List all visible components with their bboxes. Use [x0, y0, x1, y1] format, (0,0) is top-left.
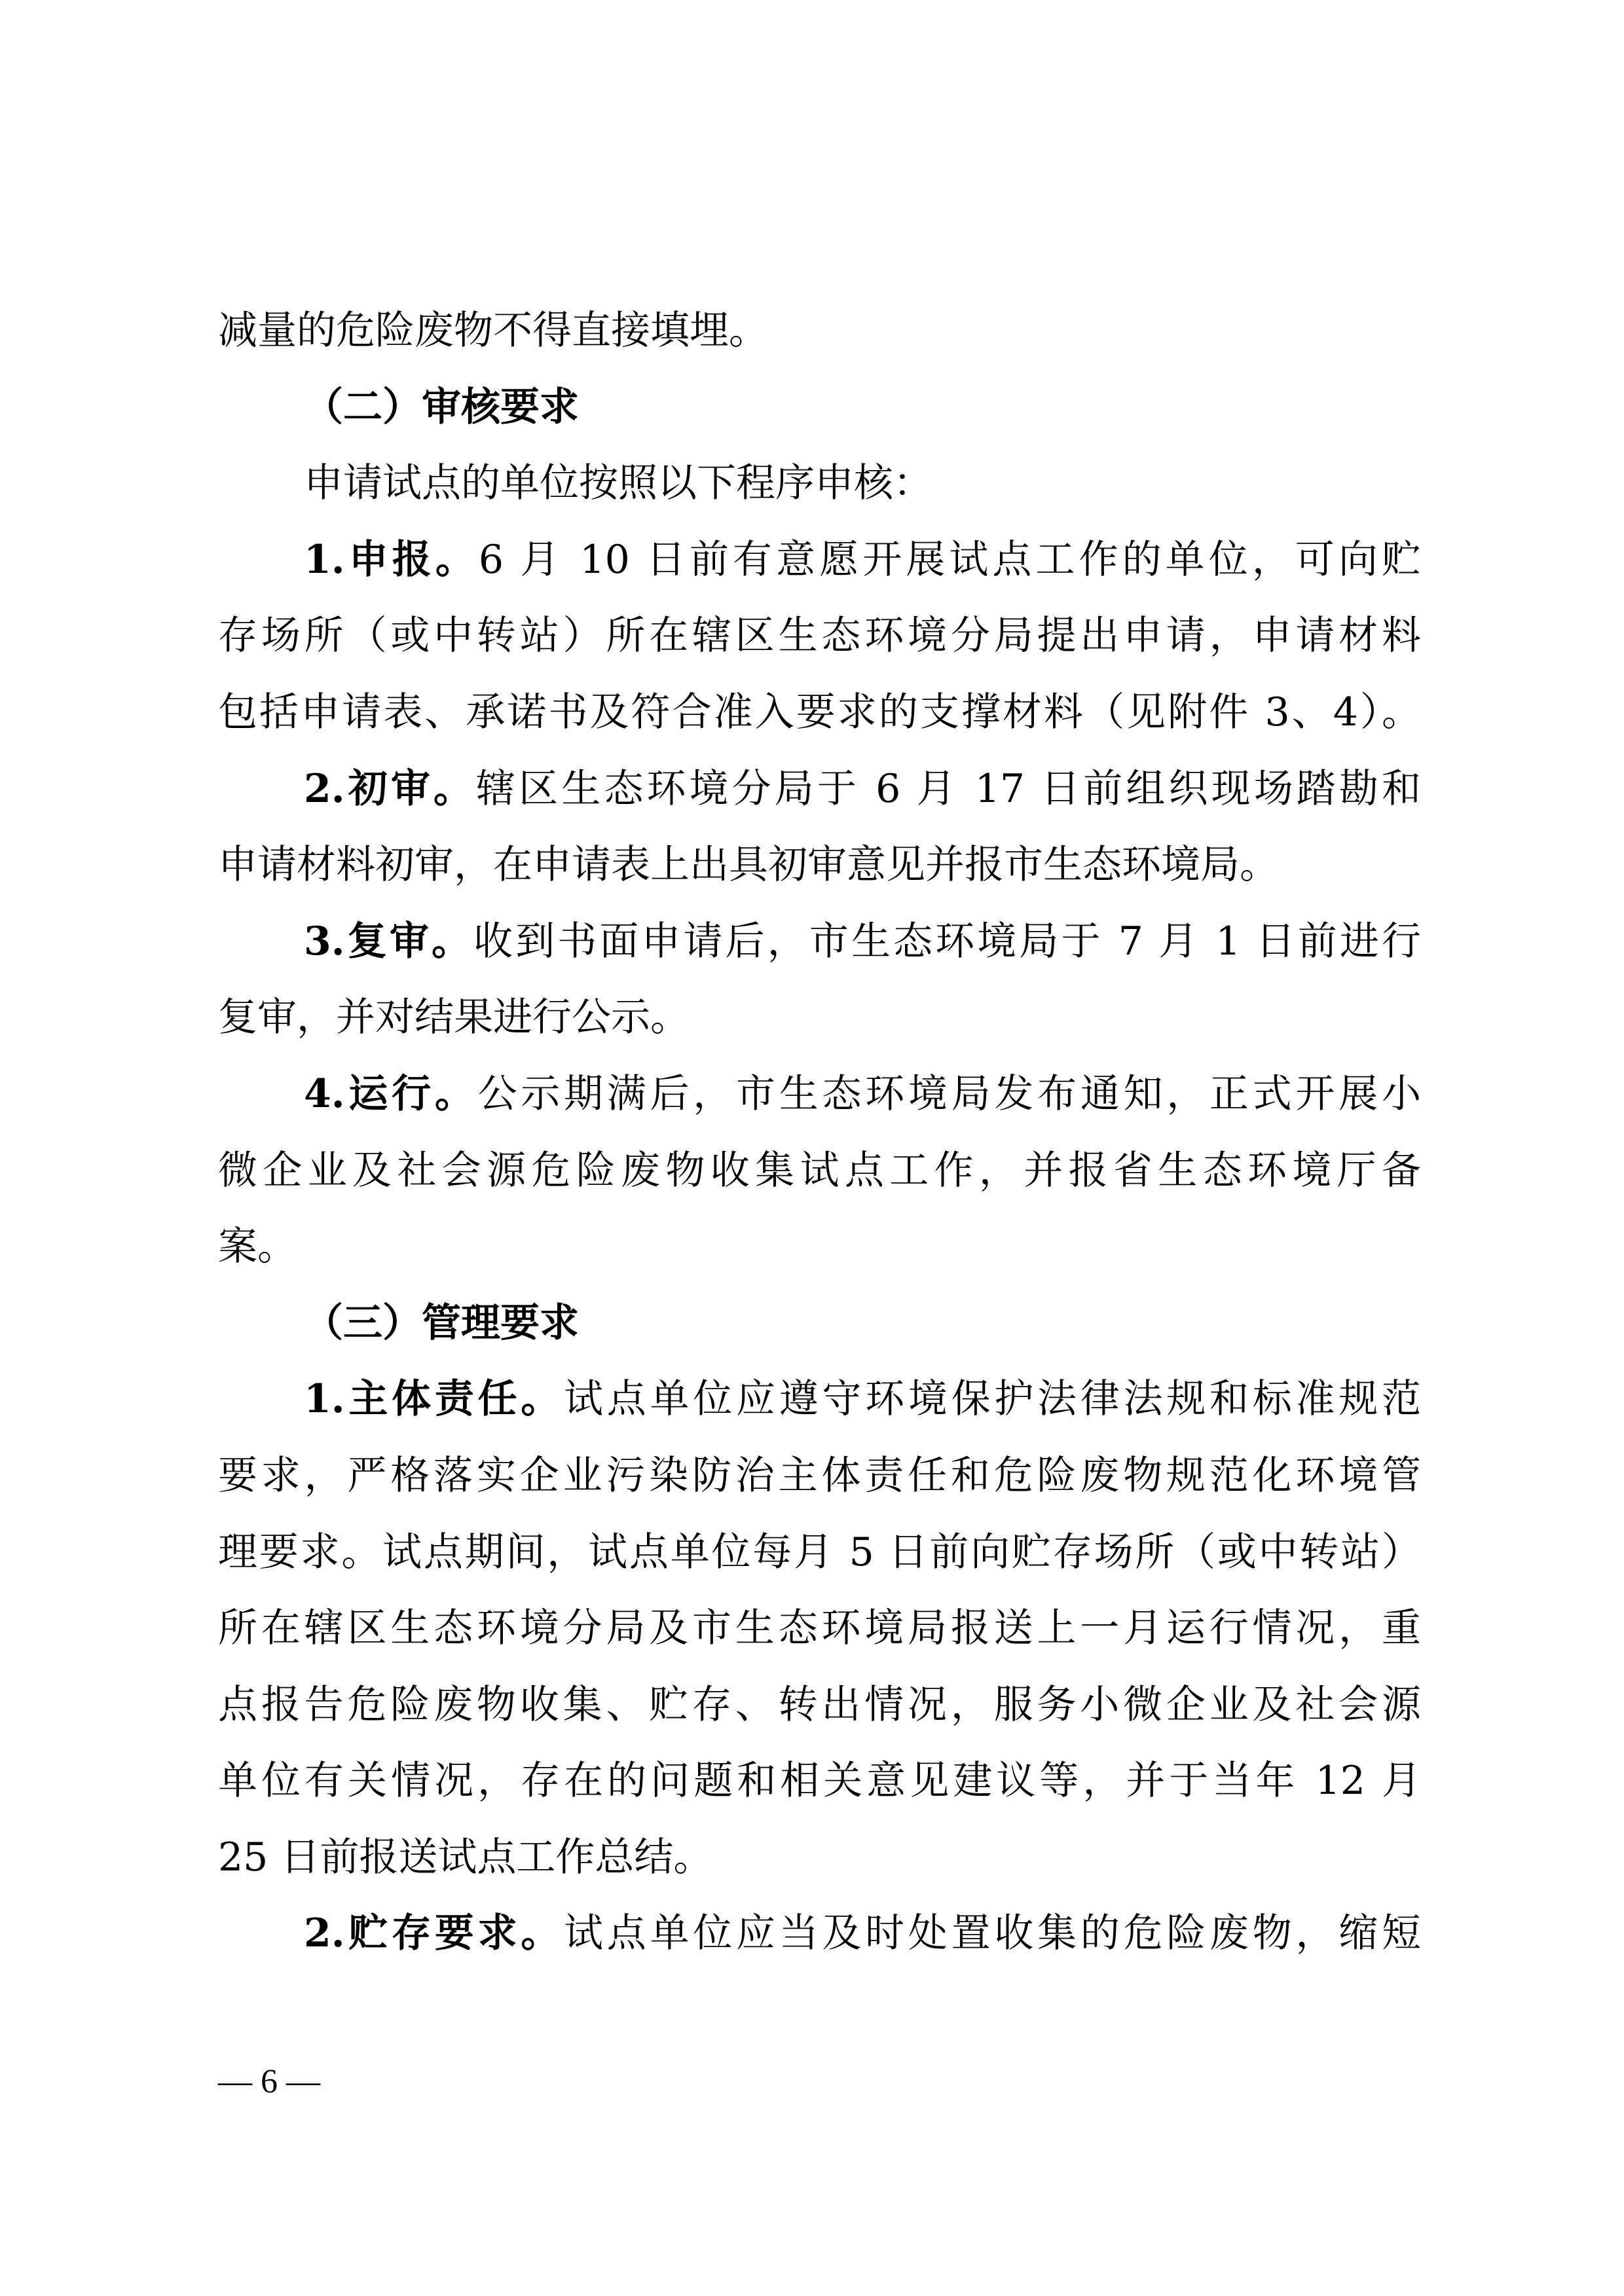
paragraph-line: 点报告危险废物收集、贮存、转出情况，服务小微企业及社会源 [218, 1667, 1421, 1743]
line-text: 案。 [218, 1224, 297, 1269]
paragraph-line: 复审，并对结果进行公示。 [218, 979, 1421, 1056]
line-text: 所在辖区生态环境分局及市生态环境局报送上一月运行情况，重 [218, 1605, 1421, 1651]
paragraph-line: 单位有关情况，存在的问题和相关意见建议等，并于当年 12 月 [218, 1743, 1421, 1819]
paragraph-line: 要求，严格落实企业污染防治主体责任和危险废物规范化环境管 [218, 1438, 1421, 1514]
line-text: 公示期满后，市生态环境局发布通知，正式开展小 [478, 1071, 1421, 1117]
item-label: 1.主体责任。 [304, 1376, 564, 1422]
paragraph-line-item-storage-requirements: 2.贮存要求。试点单位应当及时处置收集的危险废物，缩短 [218, 1895, 1421, 1972]
heading-text: （三）管理要求 [304, 1300, 579, 1346]
line-text: 试点单位应遵守环境保护法律法规和标准规范 [564, 1376, 1421, 1422]
line-text: 25 日前报送试点工作总结。 [218, 1834, 712, 1880]
paragraph-line: 所在辖区生态环境分局及市生态环境局报送上一月运行情况，重 [218, 1590, 1421, 1667]
line-text: 要求，严格落实企业污染防治主体责任和危险废物规范化环境管 [218, 1453, 1421, 1499]
paragraph-line: 理要求。试点期间，试点单位每月 5 日前向贮存场所（或中转站） [218, 1514, 1421, 1591]
paragraph-line-item-operation: 4.运行。公示期满后，市生态环境局发布通知，正式开展小 [218, 1056, 1421, 1133]
line-text: 存场所（或中转站）所在辖区生态环境分局提出申请，申请材料 [218, 613, 1421, 659]
page-number: — 6 — [218, 2061, 320, 2103]
line-text: 微企业及社会源危险废物收集试点工作，并报省生态环境厅备 [218, 1148, 1421, 1194]
paragraph-line: 存场所（或中转站）所在辖区生态环境分局提出申请，申请材料 [218, 598, 1421, 674]
paragraph-line: 包括申请表、承诺书及符合准入要求的支撑材料（见附件 3、4）。 [218, 674, 1421, 751]
paragraph-line: 微企业及社会源危险废物收集试点工作，并报省生态环境厅备 [218, 1133, 1421, 1209]
document-page: 减量的危险废物不得直接填埋。 （二）审核要求 申请试点的单位按照以下程序申核： … [0, 0, 1624, 2296]
line-text: 6 月 10 日前有意愿开展试点工作的单位，可向贮 [479, 537, 1421, 583]
line-text: 点报告危险废物收集、贮存、转出情况，服务小微企业及社会源 [218, 1682, 1421, 1728]
line-text: 试点单位应当及时处置收集的危险废物，缩短 [564, 1910, 1421, 1956]
heading-text: （二）审核要求 [304, 384, 579, 430]
line-text: 复审，并对结果进行公示。 [218, 994, 690, 1040]
paragraph-line: 案。 [218, 1209, 1421, 1285]
paragraph-line: 减量的危险废物不得直接填埋。 [218, 293, 1421, 369]
paragraph-line: 25 日前报送试点工作总结。 [218, 1819, 1421, 1896]
paragraph-line-item-initial-review: 2.初审。辖区生态环境分局于 6 月 17 日前组织现场踏勘和 [218, 751, 1421, 828]
item-label: 3.复审。 [304, 919, 473, 964]
line-text: 申请试点的单位按照以下程序申核： [304, 460, 932, 506]
section-heading-management-requirements: （三）管理要求 [218, 1285, 1421, 1362]
line-text: 减量的危险废物不得直接填埋。 [218, 308, 768, 354]
line-text: 辖区生态环境分局于 6 月 17 日前组织现场踏勘和 [476, 766, 1421, 812]
line-text: 申请材料初审，在申请表上出具初审意见并报市生态环境局。 [218, 842, 1279, 888]
item-label: 1.申报。 [304, 537, 479, 583]
paragraph-line-item-re-review: 3.复审。收到书面申请后，市生态环境局于 7 月 1 日前进行 [218, 903, 1421, 980]
line-text: 包括申请表、承诺书及符合准入要求的支撑材料（见附件 3、4）。 [218, 689, 1421, 735]
line-text: 单位有关情况，存在的问题和相关意见建议等，并于当年 12 月 [218, 1758, 1421, 1804]
document-body: 减量的危险废物不得直接填埋。 （二）审核要求 申请试点的单位按照以下程序申核： … [218, 293, 1421, 1972]
item-label: 2.初审。 [304, 766, 476, 812]
item-label: 2.贮存要求。 [304, 1910, 564, 1956]
paragraph-line: 申请试点的单位按照以下程序申核： [218, 445, 1421, 522]
line-text: 理要求。试点期间，试点单位每月 5 日前向贮存场所（或中转站） [218, 1529, 1421, 1575]
paragraph-line: 申请材料初审，在申请表上出具初审意见并报市生态环境局。 [218, 827, 1421, 903]
paragraph-line-item-main-responsibility: 1.主体责任。试点单位应遵守环境保护法律法规和标准规范 [218, 1361, 1421, 1438]
section-heading-review-requirements: （二）审核要求 [218, 369, 1421, 446]
paragraph-line-item-apply: 1.申报。6 月 10 日前有意愿开展试点工作的单位，可向贮 [218, 522, 1421, 598]
item-label: 4.运行。 [304, 1071, 478, 1117]
line-text: 收到书面申请后，市生态环境局于 7 月 1 日前进行 [473, 919, 1421, 964]
